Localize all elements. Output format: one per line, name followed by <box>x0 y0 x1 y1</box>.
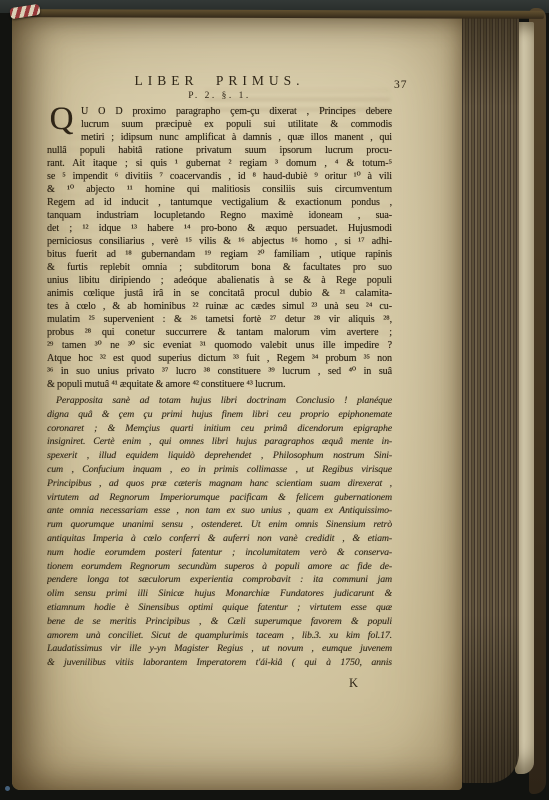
text-line: etiamnum hodie è Sinensibus optimi quiqu… <box>47 601 392 615</box>
text-line: ³⁶ in suo unius privato ³⁷ lucro ³⁸ cons… <box>47 365 392 378</box>
text-line: tionem eorumdem Regnorum secundùm supero… <box>47 560 392 574</box>
text-line: digna quâ & çem çu primi hujus finem lib… <box>47 408 392 422</box>
book-photo: LIBER PRIMUS. 37 P. 2. §. 1. Q U O D pro… <box>0 0 549 800</box>
scan-artifact-dot <box>5 786 10 791</box>
text-line: probus ²⁸ qui conetur succurrere & tanta… <box>47 326 392 339</box>
text-line: coronaret ; & Memçius quarti initium ceu… <box>47 422 392 436</box>
text-line: & populi mutuâ ⁴¹ æquitate & amore ⁴² co… <box>47 378 392 391</box>
text-line: U O D proximo paragrapho çem-çu dixerat … <box>81 105 392 118</box>
text-line: num hodie eorumdem posteri fatentur ; in… <box>47 546 392 560</box>
text-line: tes à cœlo , & ab hominibus ²² ruinæ ac … <box>47 300 392 313</box>
latin-paragraph: Q U O D proximo paragrapho çem-çu dixera… <box>47 105 392 391</box>
page-number: 37 <box>394 79 408 91</box>
text-line: amorem unà conciliet. Sicut de quampluri… <box>47 629 392 643</box>
catchword: K <box>47 676 392 691</box>
text-line: se ⁵ impendit ⁶ divitiis ⁷ coacervandis … <box>47 170 392 183</box>
text-line: ante omnia necessariam esse , non tam ex… <box>47 504 392 518</box>
text-line: lucrum suum præcipuè ex populi sui utili… <box>81 118 392 131</box>
text-block: LIBER PRIMUS. 37 P. 2. §. 1. Q U O D pro… <box>47 73 392 691</box>
text-line: Regem ad id inducit , tantumque vectigal… <box>47 196 392 209</box>
text-line: bitus fuerit ad ¹⁸ gubernandam ¹⁹ regiam… <box>47 248 392 261</box>
text-line: bene de se meritis Principibus , & Cæli … <box>47 615 392 629</box>
text-line: Principibus , ad quos præ cæteris magnam… <box>47 477 392 491</box>
drop-cap: Q <box>47 106 76 132</box>
text-line: perniciosus consiliarius , verè ¹⁵ vilis… <box>47 235 392 248</box>
text-line: antiquitas Imperia à cœlo conferri & auf… <box>47 532 392 546</box>
text-line: metiri ; idipsum nunc amplificat à damni… <box>81 131 392 144</box>
text-line: Laudatissimus vir ille y-yn Magister Reg… <box>47 642 392 656</box>
text-line: virtutem ad Regnorum Imperiorumque pacif… <box>47 491 392 505</box>
text-line: Perapposita sanè ad totam hujus libri do… <box>47 394 392 408</box>
text-line: det ; ¹² idque ¹³ habere ¹⁴ pro-bono & æ… <box>47 222 392 235</box>
text-line: & juvenilibus vitiis laborantem Imperato… <box>47 656 392 670</box>
text-line: cum , Confucium inquam , eo in primis co… <box>47 463 392 477</box>
text-line: mulatim ²⁵ supervenient : & ²⁶ tametsi f… <box>47 313 392 326</box>
text-line: nullâ populi habitâ ratione privatum suu… <box>47 144 392 157</box>
text-line: Atque hoc ³² est quod superius dictum ³³… <box>47 352 392 365</box>
text-line: pendere longa tot sæculorum experientia … <box>47 573 392 587</box>
section-heading: P. 2. §. 1. <box>47 91 392 102</box>
text-line: insigniret. Certè enim , qui omnes libri… <box>47 435 392 449</box>
text-line: spexerit , illud equidem liquidò deprehe… <box>47 449 392 463</box>
header-title: LIBER PRIMUS. <box>47 73 392 88</box>
running-header: LIBER PRIMUS. 37 <box>47 73 392 89</box>
text-line: rum quorumque unanimi sensu , ostenderet… <box>47 518 392 532</box>
text-line: & furtis replebit omnia ; subditorum bon… <box>47 261 392 274</box>
text-line: rant. Ait itaque ; si quis ¹ gubernat ² … <box>47 157 392 170</box>
text-line: & ¹⁰ abjecto ¹¹ homine qui malitiosis co… <box>47 183 392 196</box>
commentary-paragraph: Perapposita sanè ad totam hujus libri do… <box>47 394 392 670</box>
text-line: ²⁹ tamen ³⁰ ne ³⁰ sic eveniat ³¹ quomodo… <box>47 339 392 352</box>
text-line: olim sensu primi illi Sinicæ hujus Monar… <box>47 587 392 601</box>
book-fore-edge <box>457 15 519 783</box>
text-line: unius libitu diripiendo ; adeóque abalie… <box>47 274 392 287</box>
text-line: animis cœlique justâ irâ in se concitatâ… <box>47 287 392 300</box>
text-line: tanquam industriam locupletando Regno ma… <box>47 209 392 222</box>
